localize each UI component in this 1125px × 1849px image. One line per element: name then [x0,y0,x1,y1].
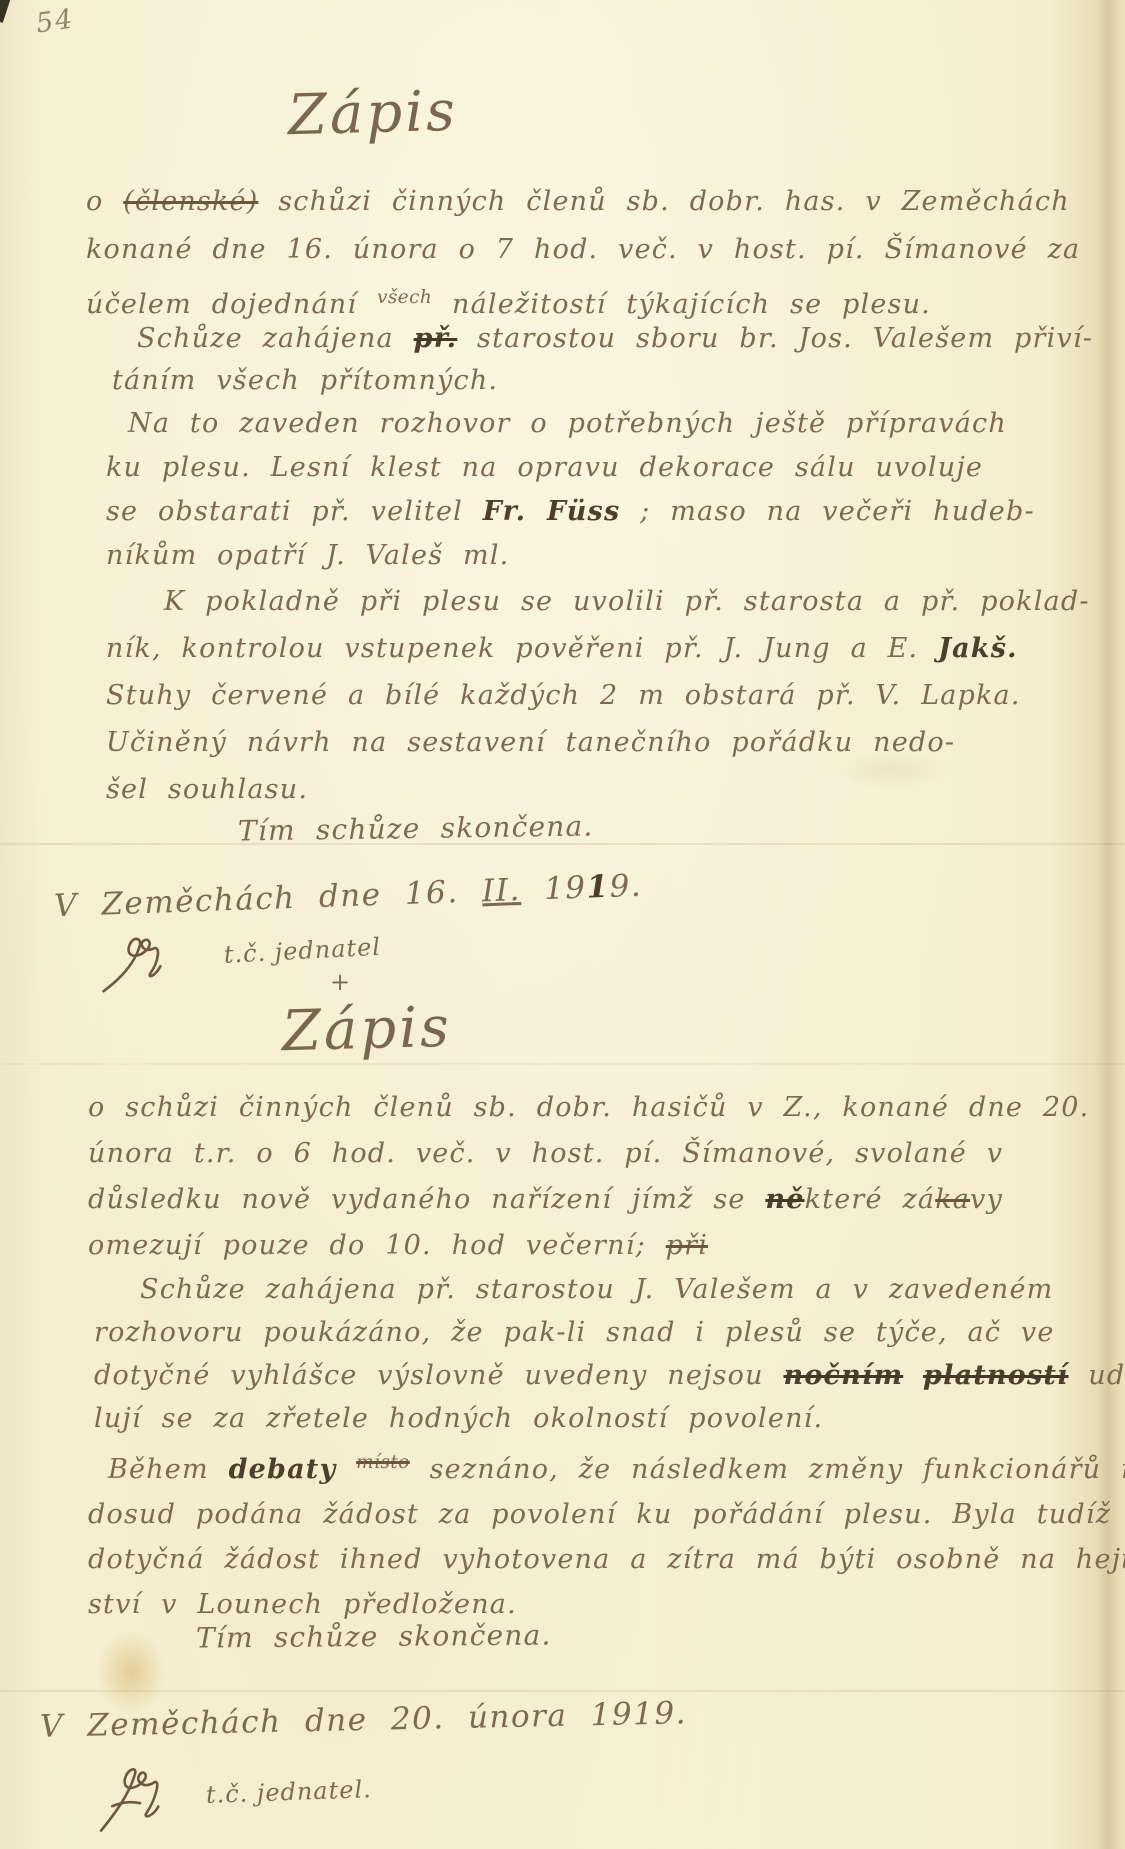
handwritten-paragraph: o schůzi činných členů sb. dobr. hasičů … [88,1085,1089,1269]
insertion-plus-mark: + [330,968,350,996]
manuscript-page: 54 Zápis o (členské) schůzi činných člen… [0,0,1125,1849]
handwritten-paragraph: Na to zaveden rozhovor o potřebných ješt… [106,402,1035,578]
signature-scribble [99,929,222,993]
section-title: Zápis [281,998,452,1062]
page-number: 54 [34,3,76,39]
section-title: Zápis [287,82,458,146]
paper-stain [96,1630,166,1715]
closing-line: Tím schůze skončena. [196,1618,552,1654]
paper-crease [0,1690,1125,1692]
signature-role: t.č. jednatel. [205,1775,372,1809]
signature-scribble [91,1763,203,1837]
signature: t.č. jednatel. [91,1757,373,1837]
paper-crease [0,843,1125,845]
handwritten-paragraph: Schůze zahájena př. starostou sboru br. … [112,318,1093,402]
handwritten-paragraph: K pokladně při plesu se uvolili př. star… [106,578,1090,813]
corner-ink-mark [0,0,11,23]
dateline: V Zeměchách dne 20. února 1919. [40,1695,688,1745]
handwritten-paragraph: o (členské) schůzi činných členů sb. dob… [86,178,1080,329]
paper-crease [0,1063,1125,1065]
handwritten-paragraph: Schůze zahájena př. starostou J. Valešem… [94,1268,1125,1440]
closing-line: Tím schůze skončena. [238,810,594,848]
signature-role: t.č. jednatel [223,932,382,968]
dateline: V Zeměchách dne 16. II. 1919. [54,868,643,925]
handwritten-paragraph: Během debaty místo seznáno, že následkem… [88,1440,1125,1627]
